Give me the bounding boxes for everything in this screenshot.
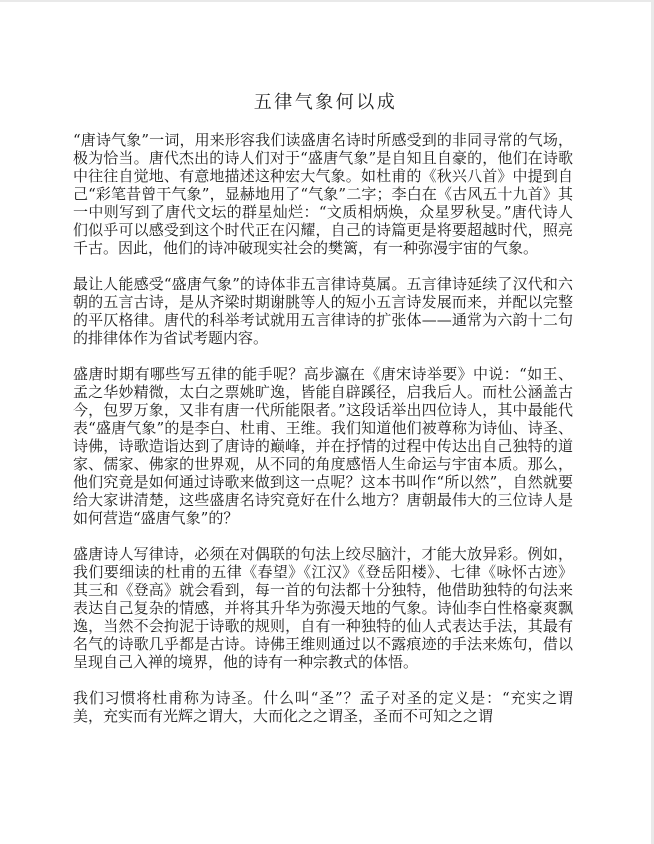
article-title: 五律气象何以成 [0, 92, 651, 114]
reader-background: { "document": { "title": "五律气象何以成", "par… [0, 0, 654, 844]
article-body: “唐诗气象”一词，用来形容我们读盛唐名诗时所感受到的非同寻常的气场，极为恰当。唐… [73, 131, 573, 725]
paragraph-3: 盛唐时期有哪些写五律的能手呢？高步瀛在《唐宋诗举要》中说：“如王、孟之华妙精微，… [73, 365, 573, 527]
paragraph-5: 我们习惯将杜甫称为诗圣。什么叫“圣”？孟子对圣的定义是：“充实之谓美，充实而有光… [73, 689, 573, 725]
paragraph-2: 最让人能感受“盛唐气象”的诗体非五言律诗莫属。五言律诗延续了汉代和六朝的五言古诗… [73, 275, 573, 347]
paragraph-1: “唐诗气象”一词，用来形容我们读盛唐名诗时所感受到的非同寻常的气场，极为恰当。唐… [73, 131, 573, 257]
paragraph-4: 盛唐诗人写律诗，必须在对偶联的句法上绞尽脑汁，才能大放异彩。例如，我们要细读的杜… [73, 545, 573, 671]
document-page: 五律气象何以成 “唐诗气象”一词，用来形容我们读盛唐名诗时所感受到的非同寻常的气… [0, 2, 651, 844]
